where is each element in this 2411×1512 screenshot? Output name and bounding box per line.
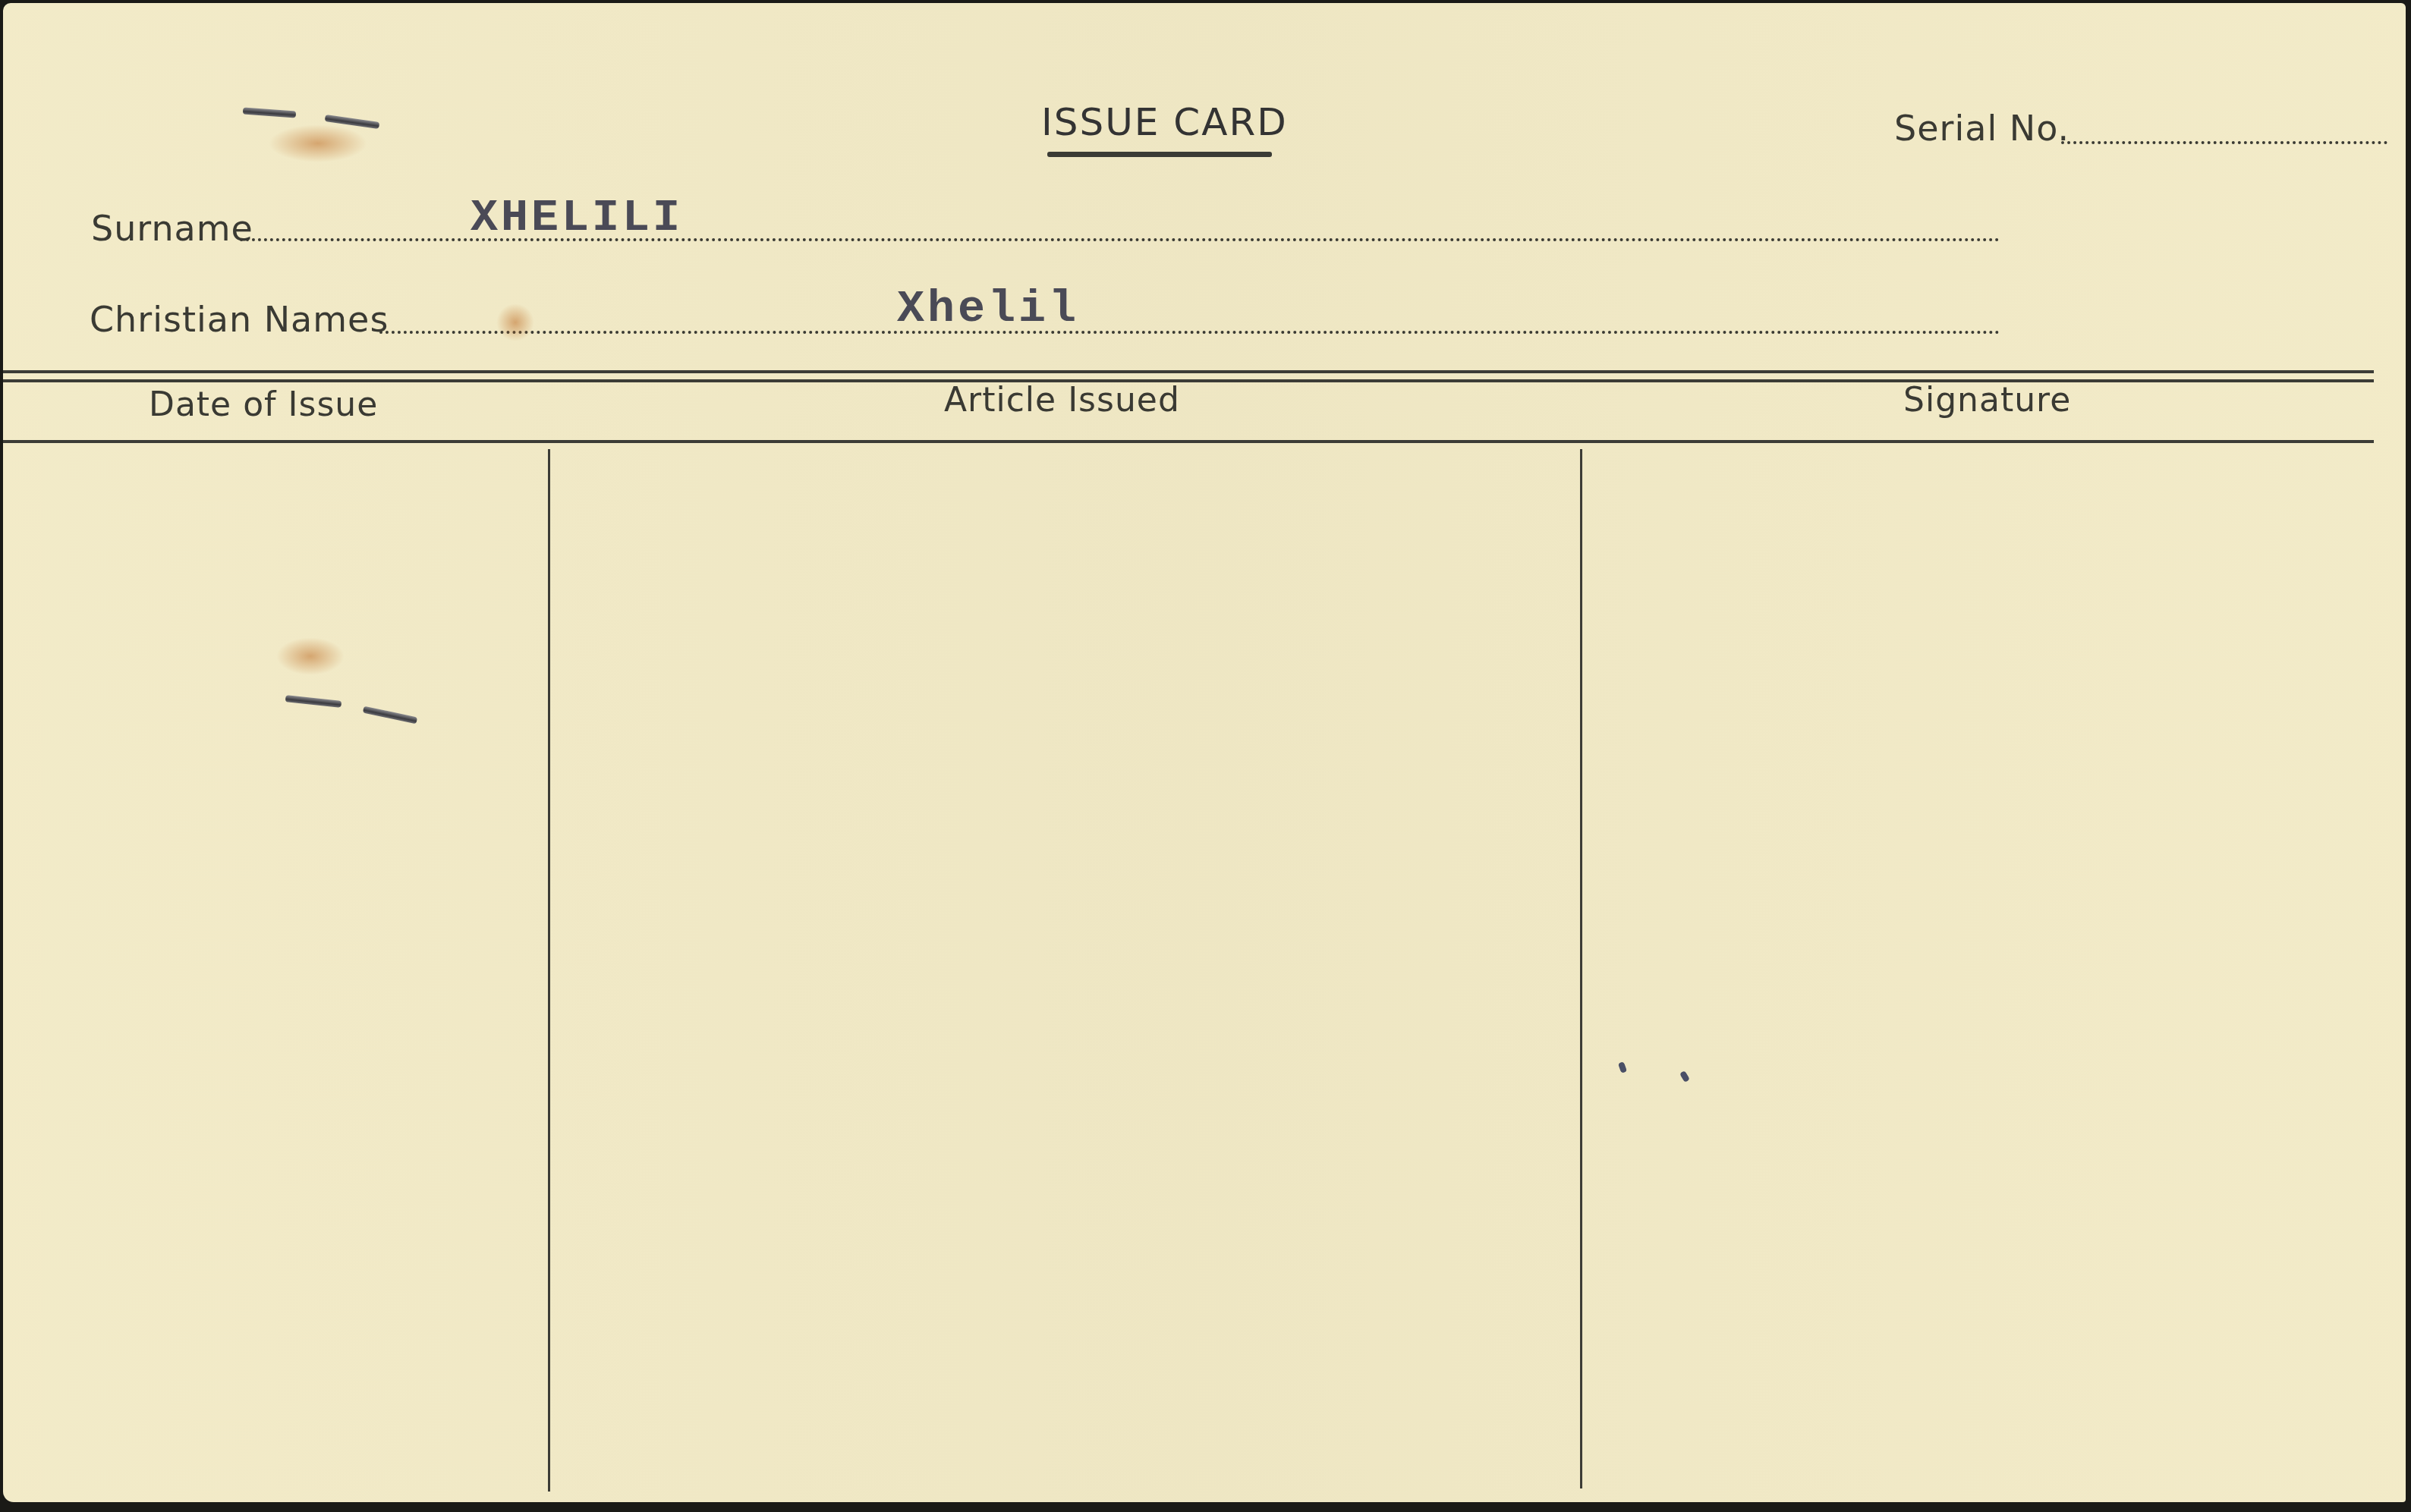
date-of-issue-column[interactable] bbox=[3, 446, 546, 1493]
column-header-rule bbox=[3, 440, 2374, 443]
header-rule-top bbox=[3, 370, 2374, 373]
column-divider-2 bbox=[1580, 449, 1582, 1488]
column-header-date-of-issue: Date of Issue bbox=[149, 385, 378, 424]
article-issued-column[interactable] bbox=[552, 446, 1578, 1493]
rust-stain bbox=[276, 637, 345, 675]
card-title: ISSUE CARD bbox=[1041, 100, 1288, 144]
column-divider-1 bbox=[548, 449, 550, 1492]
surname-value: XHELILI bbox=[471, 193, 683, 244]
christian-names-value: Xhelil bbox=[897, 284, 1079, 335]
title-underline bbox=[1047, 152, 1272, 157]
signature-column[interactable] bbox=[1585, 446, 2374, 1493]
staple-icon bbox=[243, 108, 296, 118]
rust-stain bbox=[496, 303, 534, 341]
column-header-signature: Signature bbox=[1903, 381, 2071, 420]
serial-no-field[interactable] bbox=[2061, 141, 2387, 144]
surname-label: Surname bbox=[91, 208, 253, 249]
serial-no-label: Serial No. bbox=[1894, 108, 2069, 149]
issue-card: ISSUE CARD Serial No. Surname XHELILI Ch… bbox=[3, 3, 2406, 1502]
rust-stain bbox=[269, 124, 367, 162]
christian-names-label: Christian Names bbox=[90, 299, 389, 340]
column-header-article-issued: Article Issued bbox=[944, 381, 1180, 420]
christian-names-field[interactable] bbox=[379, 331, 2000, 334]
